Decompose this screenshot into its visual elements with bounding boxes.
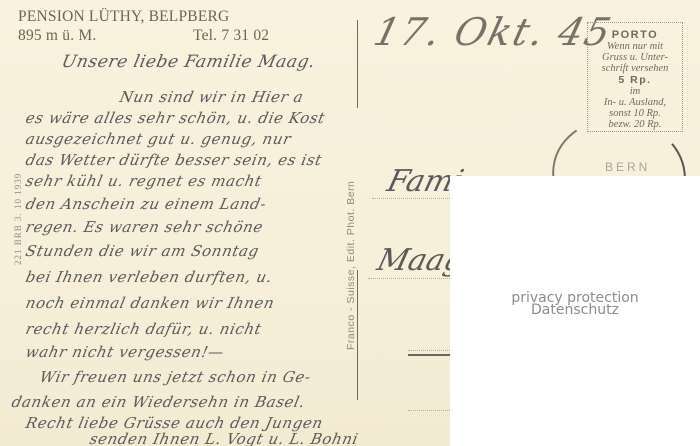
message-line: wahr nicht vergessen!— <box>24 343 226 361</box>
porto-title: PORTO <box>588 29 682 41</box>
porto-line: sonst 10 Rp. <box>588 108 682 119</box>
porto-line: im <box>588 86 682 97</box>
message-line: recht herzlich dafür, u. nicht <box>24 320 263 338</box>
porto-line: In- u. Ausland, <box>588 97 682 108</box>
porto-line: schrift versehen <box>588 63 682 74</box>
message-line: senden Ihnen L. Vogt u. L. Bohni <box>88 430 360 446</box>
message-line: Wir freuen uns jetzt schon in Ge- <box>38 368 312 386</box>
handwritten-date: 17. Okt. 45 <box>370 10 617 54</box>
center-divider-top <box>357 20 358 108</box>
message-line: das Wetter dürfte besser sein, es ist <box>24 151 324 169</box>
address-line <box>368 278 452 279</box>
message-line: bei Ihnen verleben durften, u. <box>24 268 274 286</box>
privacy-line-2: Datenschutz <box>450 304 700 316</box>
address-line <box>408 410 452 411</box>
telephone: Tel. 7 31 02 <box>193 27 269 45</box>
message-line: regen. Es waren sehr schöne <box>24 218 265 236</box>
privacy-overlay: privacy protection Datenschutz <box>450 176 700 446</box>
message-line: ausgezeichnet gut u. genug, nur <box>24 130 293 148</box>
postmark-text: BERN <box>605 160 650 174</box>
message-line: Nun sind wir in Hier a <box>118 88 305 106</box>
message-line: noch einmal danken wir Ihnen <box>24 294 276 312</box>
publisher-imprint: Franco - Suisse, Edit. Phot. Bern <box>345 181 357 350</box>
salutation: Unsere liebe Familie Maag. <box>60 52 317 72</box>
porto-box: PORTO Wenn nur mit Gruss u. Unter- schri… <box>587 22 683 132</box>
message-line: es wäre alles sehr schön, u. die Kost <box>24 109 327 127</box>
message-line: den Anschein zu einem Land- <box>24 195 268 213</box>
address-line <box>408 350 452 351</box>
message-line: Stunden die wir am Sonntag <box>24 242 261 260</box>
porto-line: Wenn nur mit <box>588 41 682 52</box>
pension-name: PENSION LÜTHY, BELPBERG <box>18 8 229 26</box>
altitude: 895 m ü. M. <box>18 27 96 45</box>
porto-line: Gruss u. Unter- <box>588 52 682 63</box>
print-code: 221 BRB 3. 10 1939 <box>13 173 23 265</box>
porto-price: 5 Rp. <box>588 74 682 86</box>
postcard-back: PENSION LÜTHY, BELPBERG 895 m ü. M. Tel.… <box>0 0 700 446</box>
privacy-text: privacy protection Datenschutz <box>450 292 700 316</box>
center-divider-bottom <box>357 270 358 400</box>
message-line: danken an ein Wiedersehn in Basel. <box>10 393 307 411</box>
message-line: sehr kühl u. regnet es macht <box>24 172 264 190</box>
